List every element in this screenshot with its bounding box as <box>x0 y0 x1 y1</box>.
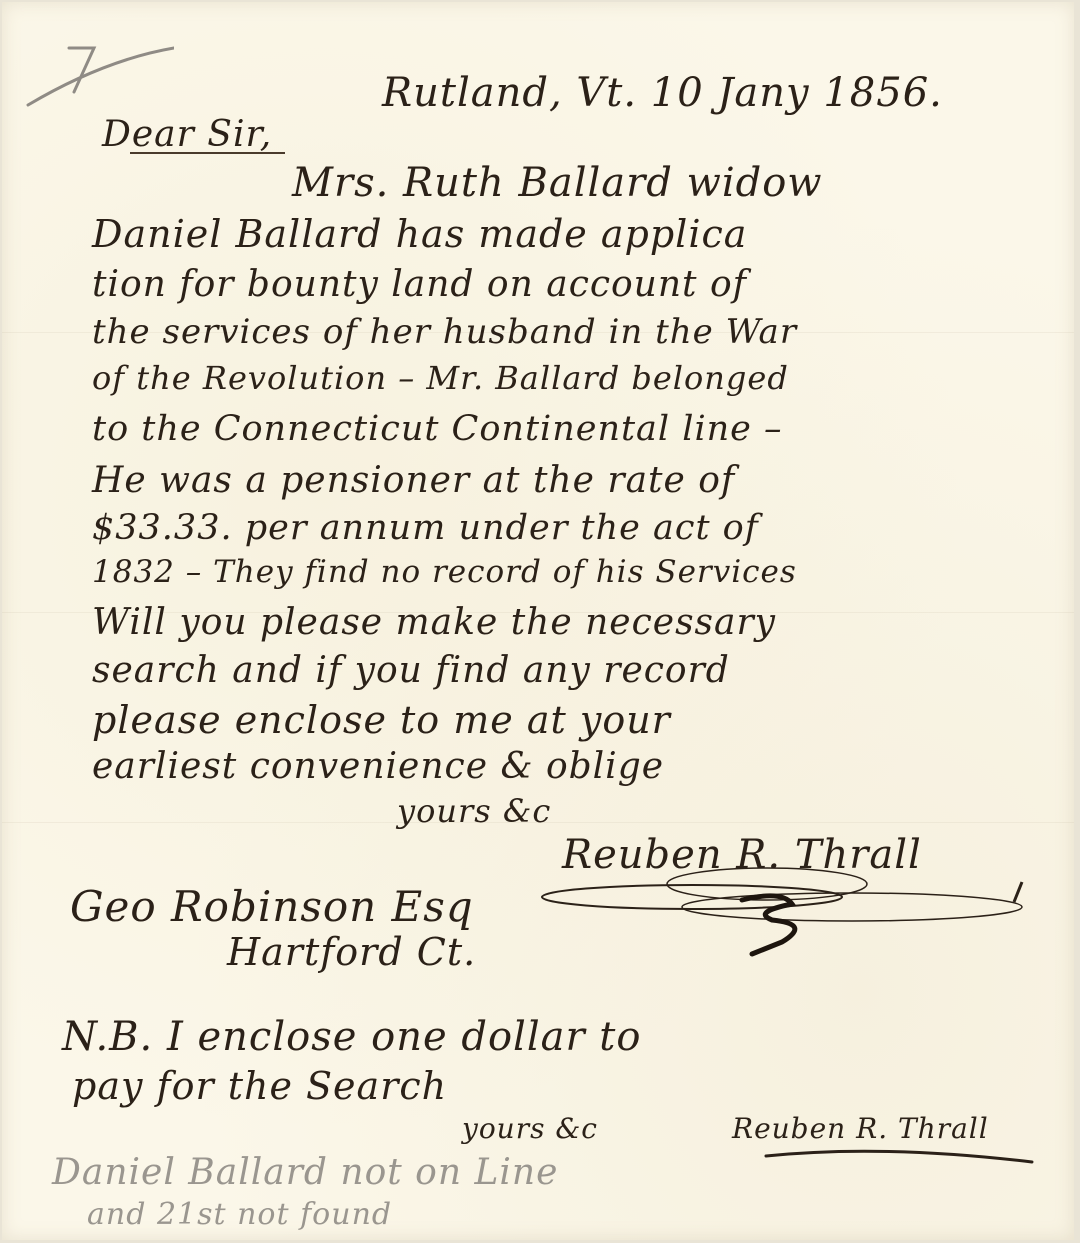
body-line-8: $33.33. per annum under the act of <box>92 508 759 548</box>
body-line-2: Daniel Ballard has made applica <box>92 212 747 256</box>
body-line-6: to the Connecticut Continental line – <box>92 409 783 449</box>
body-line-13: earliest convenience & oblige <box>92 746 664 787</box>
body-line-5: of the Revolution – Mr. Ballard belonged <box>92 359 789 397</box>
body-line-4: the services of her husband in the War <box>92 312 797 352</box>
salutation-underline <box>130 152 285 154</box>
closing: yours &c <box>397 792 551 830</box>
folio-mark <box>14 20 174 110</box>
addressee-name: Geo Robinson Esq <box>70 882 474 931</box>
folio-number: 1 <box>60 22 62 23</box>
postscript-closing: yours &c <box>462 1112 598 1145</box>
postscript-signature: Reuben R. Thrall <box>732 1112 989 1145</box>
postscript-line-2: pay for the Search <box>72 1064 447 1108</box>
pencil-note-2: and 21st not found <box>87 1197 392 1232</box>
body-line-3: tion for bounty land on account of <box>92 264 747 305</box>
body-line-7: He was a pensioner at the rate of <box>92 460 735 501</box>
salutation: Dear Sir, <box>102 114 272 155</box>
postscript-line-1: N.B. I enclose one dollar to <box>62 1014 641 1060</box>
postscript-underline <box>762 1142 1042 1172</box>
letter-page: 1 Rutland, Vt. 10 Jany 1856. Dear Sir, M… <box>2 2 1074 1240</box>
place-date: Rutland, Vt. 10 Jany 1856. <box>382 70 943 116</box>
body-line-10: Will you please make the necessary <box>92 602 776 643</box>
body-line-9: 1832 – They find no record of his Servic… <box>92 554 797 590</box>
body-line-11: search and if you find any record <box>92 650 730 691</box>
pencil-note-1: Daniel Ballard not on Line <box>52 1152 558 1193</box>
body-line-1: Mrs. Ruth Ballard widow <box>292 160 823 206</box>
addressee-location: Hartford Ct. <box>227 930 476 974</box>
signature-flourish <box>522 862 1042 972</box>
body-line-12: please enclose to me at your <box>92 698 671 742</box>
